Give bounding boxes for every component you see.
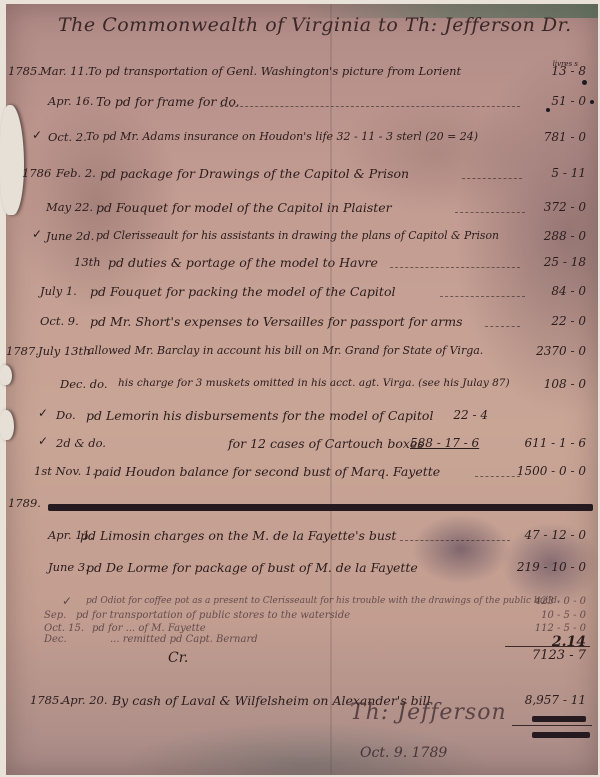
entry-date: May 22. (46, 200, 93, 214)
debit-total: 7123 - 7 (532, 648, 586, 663)
entry-description: for 12 cases of Cartouch boxes (228, 436, 424, 451)
ledger-row: 13th pd duties & portage of the model to… (0, 255, 600, 277)
ledger-row: ✓ 2d & do. for 12 cases of Cartouch boxe… (0, 436, 600, 458)
entry-year: 1786 (22, 166, 51, 180)
ledger-row: Apr. 11. pd Limosin charges on the M. de… (0, 528, 600, 550)
entry-description: pd for ... of M. Fayette (92, 623, 206, 634)
entry-date: Feb. 2. (56, 166, 96, 180)
entry-amount: 5 - 11 (551, 166, 586, 180)
entry-date: 1st Nov. 1. (34, 464, 96, 478)
entry-description: pd Clerisseault for his assistants in dr… (96, 229, 499, 242)
dot-leader (455, 212, 525, 213)
dot-leader (475, 476, 520, 477)
dot-leader (220, 106, 520, 107)
entry-subtotal: 588 - 17 - 6 (410, 436, 479, 450)
dot-leader (440, 296, 525, 297)
entry-date: 13th (74, 255, 101, 269)
entry-description: pd Mr. Short's expenses to Versailles fo… (90, 314, 463, 329)
dot-leader (400, 540, 510, 541)
signature: Th: Jefferson (350, 700, 507, 725)
entry-amount: 219 - 10 - 0 (517, 560, 586, 574)
entry-description: pd Odiot for coffee pot as a present to … (86, 596, 560, 606)
entry-amount: 47 - 12 - 0 (524, 528, 586, 542)
credit-row: 1785. Apr. 20. By cash of Laval & Wilfel… (0, 693, 600, 715)
entry-amount: 22 - 0 (551, 314, 586, 328)
signature-date: Oct. 9. 1789 (360, 745, 447, 761)
debit-total-row: 7123 - 7 (0, 648, 600, 670)
entry-amount: 84 - 0 (551, 284, 586, 298)
entry-amount: 288 - 0 (544, 229, 586, 243)
check-mark-icon: ✓ (62, 594, 72, 608)
entry-date: Dec. (44, 634, 67, 645)
entry-date: June 3. (48, 560, 89, 574)
strikethrough-scribble (48, 504, 593, 511)
entry-amount: 423 - 0 - 0 (535, 596, 586, 607)
struck-out-figure (532, 732, 590, 738)
entry-amount: 2370 - 0 (536, 344, 586, 358)
entry-date: Oct. 9. (40, 314, 79, 328)
ledger-row: 1787. July 13th allowed Mr. Barclay in a… (0, 344, 600, 366)
entry-description: pd De Lorme for package of bust of M. de… (86, 560, 418, 575)
entry-date: Oct. 2. (48, 130, 87, 144)
entry-amount: 112 - 5 - 0 (535, 623, 586, 634)
entry-date: July 13th (38, 344, 91, 358)
entry-year: 1787. (6, 344, 39, 358)
ledger-row: Dec. do. his charge for 3 muskets omitte… (0, 377, 600, 399)
entry-amount: 25 - 18 (544, 255, 586, 269)
credit-amount: 8,957 - 11 (525, 693, 586, 707)
ledger-row-struck-out: 1789. (0, 496, 600, 518)
total-rule (512, 725, 592, 726)
check-mark-icon: ✓ (32, 227, 42, 241)
ledger-row: 1st Nov. 1. paid Houdon balance for seco… (0, 464, 600, 486)
entry-description: pd for transportation of public stores t… (76, 610, 350, 621)
credit-header: Cr. (168, 650, 188, 666)
entry-year: 1789. (8, 496, 41, 510)
entry-description: To pd transportation of Genl. Washington… (88, 64, 461, 78)
entry-description: pd Fouquet for packing the model of the … (90, 284, 395, 299)
entry-amount: 1500 - 0 - 0 (517, 464, 586, 478)
credit-year: 1785. (30, 693, 63, 707)
ledger-row: ✓ Oct. 2. To pd Mr. Adams insurance on H… (0, 130, 600, 152)
entry-amount: 10 - 5 - 0 (541, 610, 586, 621)
ledger-row: Oct. 9. pd Mr. Short's expenses to Versa… (0, 314, 600, 336)
entry-description: his charge for 3 muskets omitted in his … (118, 377, 510, 389)
entry-description: allowed Mr. Barclay in account his bill … (88, 344, 483, 357)
ledger-row: ✓ Do. pd Lemorin his disbursements for t… (0, 408, 600, 430)
entry-description: pd Lemorin his disbursements for the mod… (86, 408, 433, 423)
entry-date: Apr. 16. (48, 94, 94, 108)
entry-amount: 51 - 0 (551, 94, 586, 108)
entry-year: 1785. (8, 64, 41, 78)
entry-date: Mar. 11. (40, 64, 88, 78)
ledger-row: Apr. 16. To pd for frame for do. 51 - 0 (0, 94, 600, 116)
entry-description: To pd for frame for do. (96, 94, 240, 109)
entry-date: July 1. (40, 284, 77, 298)
entry-amount: 108 - 0 (544, 377, 586, 391)
entry-date: June 2d. (46, 229, 94, 243)
document-title: The Commonwealth of Virginia to Th: Jeff… (58, 14, 572, 36)
entry-date: Sep. (44, 610, 66, 621)
ledger-row: June 3. pd De Lorme for package of bust … (0, 560, 600, 582)
entry-description: pd Limosin charges on the M. de la Fayet… (80, 528, 396, 543)
entry-date: Oct. 15. (44, 623, 84, 634)
ledger-row: July 1. pd Fouquet for packing the model… (0, 284, 600, 306)
dot-leader (462, 178, 522, 179)
entry-description: pd duties & portage of the model to Havr… (108, 255, 378, 270)
check-mark-icon: ✓ (38, 434, 48, 448)
entry-date: Dec. do. (60, 377, 108, 391)
entry-date: Do. (56, 408, 76, 422)
entry-description: pd package for Drawings of the Capitol &… (100, 166, 409, 181)
ledger-row: 1786 Feb. 2. pd package for Drawings of … (0, 166, 600, 188)
dot-leader (485, 326, 520, 327)
entry-amount: 611 - 1 - 6 (524, 436, 586, 450)
entry-description: pd Fouquet for model of the Capitol in P… (96, 200, 392, 215)
ledger-row: ✓ June 2d. pd Clerisseault for his assis… (0, 229, 600, 251)
entry-amount: 372 - 0 (544, 200, 586, 214)
entry-description: paid Houdon balance for second bust of M… (94, 464, 440, 479)
ledger-row: May 22. pd Fouquet for model of the Capi… (0, 200, 600, 222)
entry-amount: 781 - 0 (544, 130, 586, 144)
entry-subtotal: 22 - 4 (453, 408, 488, 422)
entry-amount: 13 - 8 (551, 64, 586, 78)
entry-description: To pd Mr. Adams insurance on Houdon's li… (86, 130, 478, 143)
dot-leader (390, 267, 520, 268)
check-mark-icon: ✓ (38, 406, 48, 420)
check-mark-icon: ✓ (32, 128, 42, 142)
struck-out-figure (532, 716, 586, 722)
total-rule (505, 646, 590, 647)
ledger-row: 1785. Mar. 11. To pd transportation of G… (0, 64, 600, 86)
credit-date: Apr. 20. (62, 693, 108, 707)
entry-description: ... remitted pd Capt. Bernard (110, 634, 258, 645)
entry-date: 2d & do. (56, 436, 106, 450)
